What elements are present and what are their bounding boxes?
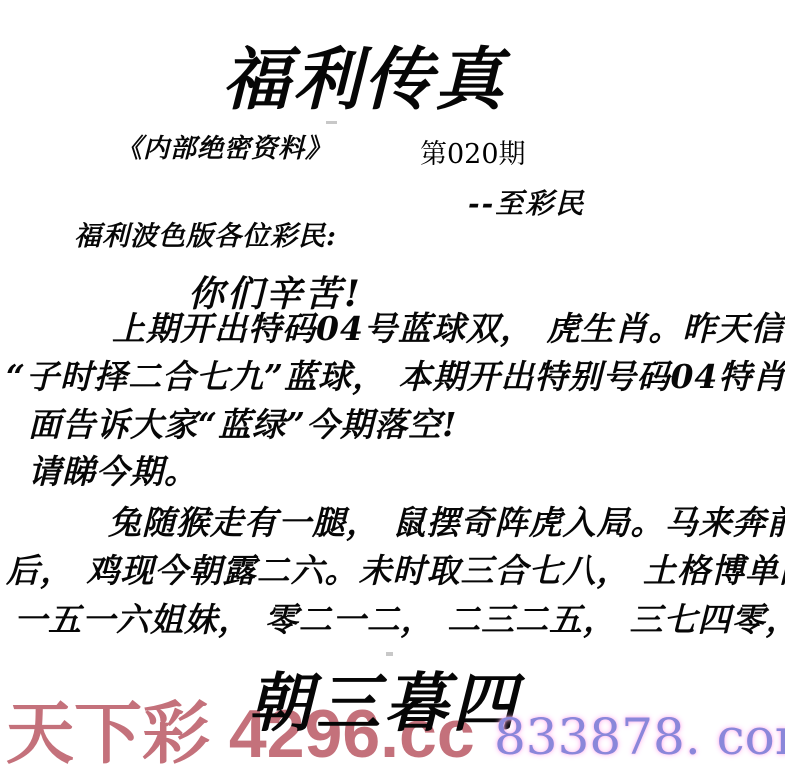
verdict-calligraphy: 朝三暮四 xyxy=(248,652,520,744)
salutation: 福利波色版各位彩民: xyxy=(74,214,337,253)
paragraph-2-line-3: 一五一六姐妹， 零二一二， 二三二五， 三七四零， 送: 红绿 xyxy=(14,594,785,641)
watermark-site-right: 833878. com xyxy=(494,708,785,766)
paragraph-1-line-1: 上期开出特码04号蓝球双， 虎生肖。昨天信中提供 xyxy=(112,303,785,350)
dedication-line: --至彩民 xyxy=(468,182,585,222)
scan-artifact-dash xyxy=(326,121,337,124)
issue-number: 第020期 xyxy=(420,132,526,171)
paragraph-1-line-4: 请睇今期。 xyxy=(28,446,198,493)
paragraph-2-line-1: 兔随猴走有一腿， 鼠摆奇阵虎入局。马来奔前牛往 xyxy=(108,497,785,544)
paragraph-1-line-3: 面告诉大家“蓝绿”今期落空! xyxy=(28,399,457,446)
source-label: 《内部绝密资料》 xyxy=(116,128,332,165)
page-title: 福利传真 xyxy=(222,26,506,123)
paragraph-2-line-2: 后， 鸡现今朝露二六。未时取三合七八， 土格博单四五六。 xyxy=(6,545,785,592)
paragraph-1-line-2: “子时择二合七九”蓝球， 本期开出特别号码04特肖”后 xyxy=(6,351,785,398)
fax-sheet: 福利传真 《内部绝密资料》 第020期 --至彩民 福利波色版各位彩民: 你们辛… xyxy=(0,0,785,772)
